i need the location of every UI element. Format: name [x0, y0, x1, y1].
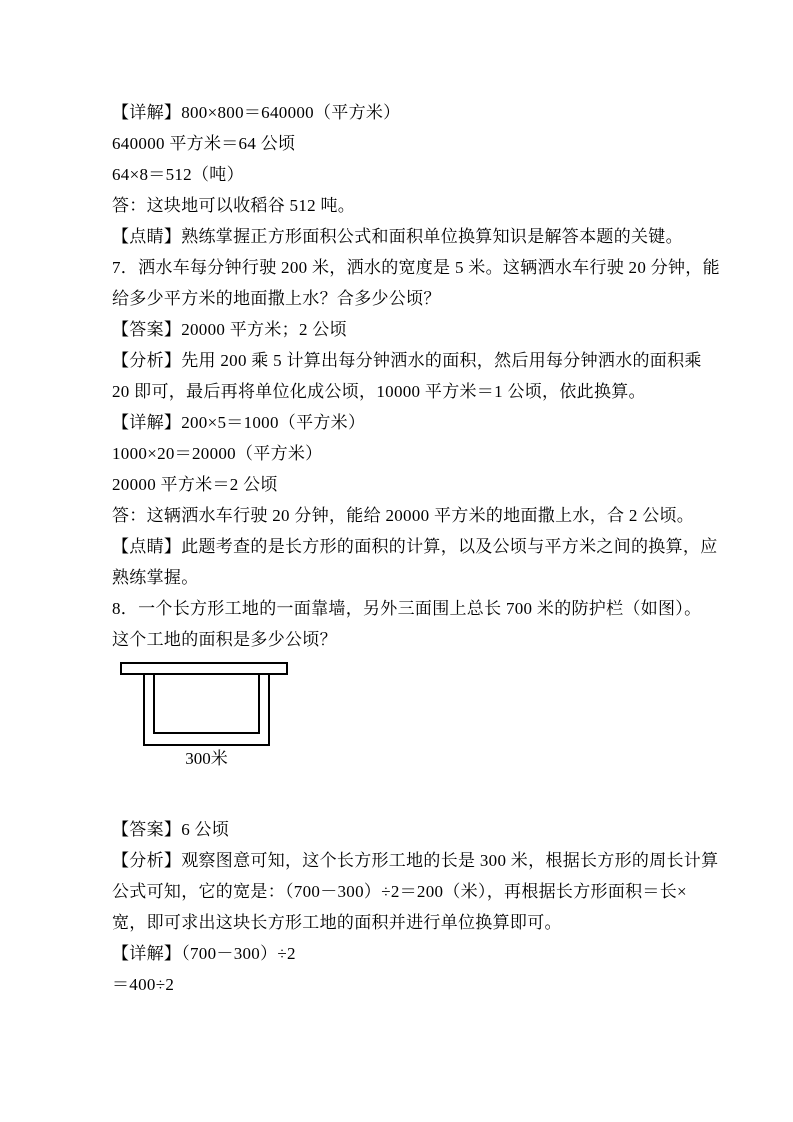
q8-analysis-line-3: 宽，即可求出这块长方形工地的面积并进行单位换算即可。 [112, 907, 722, 938]
document-page: 【详解】800×800＝640000（平方米） 640000 平方米＝64 公顷… [0, 0, 793, 1122]
q8-answer-line: 【答案】6 公顷 [112, 814, 722, 845]
q7-question-line-1: 7．洒水车每分钟行驶 200 米，洒水的宽度是 5 米。这辆洒水车行驶 20 分… [112, 252, 722, 283]
q8-detail-line-1: 【详解】（700－300）÷2 [112, 938, 722, 969]
q7-question-line-2: 给多少平方米的地面撒上水？合多少公顷？ [112, 283, 722, 314]
q8-question-line-1: 8．一个长方形工地的一面靠墙，另外三面围上总长 700 米的防护栏（如图）。 [112, 593, 722, 624]
q7-detail-line-2: 1000×20＝20000（平方米） [112, 438, 722, 469]
q6-answer-sentence: 答：这块地可以收稻谷 512 吨。 [112, 190, 722, 221]
q7-analysis-line-2: 20 即可，最后再将单位化成公顷，10000 平方米＝1 公顷，依此换算。 [112, 376, 722, 407]
q7-tip-line-2: 熟练掌握。 [112, 562, 722, 593]
q7-detail-line-3: 20000 平方米＝2 公顷 [112, 469, 722, 500]
q6-step-line-1: 640000 平方米＝64 公顷 [112, 128, 722, 159]
q8-detail-line-2: ＝400÷2 [112, 969, 722, 1000]
q6-tip-line: 【点睛】熟练掌握正方形面积公式和面积单位换算知识是解答本题的关键。 [112, 221, 722, 252]
q7-answer-sentence: 答：这辆洒水车行驶 20 分钟，能给 20000 平方米的地面撒上水，合 2 公… [112, 500, 722, 531]
q7-detail-line-1: 【详解】200×5＝1000（平方米） [112, 407, 722, 438]
q7-answer-line: 【答案】20000 平方米；2 公顷 [112, 314, 722, 345]
q7-tip-line-1: 【点睛】此题考查的是长方形的面积的计算，以及公顷与平方米之间的换算，应 [112, 531, 722, 562]
q8-question-line-2: 这个工地的面积是多少公顷？ [112, 624, 722, 655]
figure-dimension-label: 300米 [143, 749, 270, 769]
q8-figure: 300米 [112, 655, 722, 814]
q8-analysis-line-2: 公式可知，它的宽是：（700－300）÷2＝200（米），再根据长方形面积＝长× [112, 876, 722, 907]
q6-detail-line: 【详解】800×800＝640000（平方米） [112, 97, 722, 128]
q7-analysis-line-1: 【分析】先用 200 乘 5 计算出每分钟洒水的面积，然后用每分钟洒水的面积乘 [112, 345, 722, 376]
q8-analysis-line-1: 【分析】观察图意可知，这个长方形工地的长是 300 米，根据长方形的周长计算 [112, 845, 722, 876]
q6-step-line-2: 64×8＝512（吨） [112, 159, 722, 190]
document-content: 【详解】800×800＝640000（平方米） 640000 平方米＝64 公顷… [112, 97, 722, 1000]
fence-inner-rail [153, 674, 260, 734]
